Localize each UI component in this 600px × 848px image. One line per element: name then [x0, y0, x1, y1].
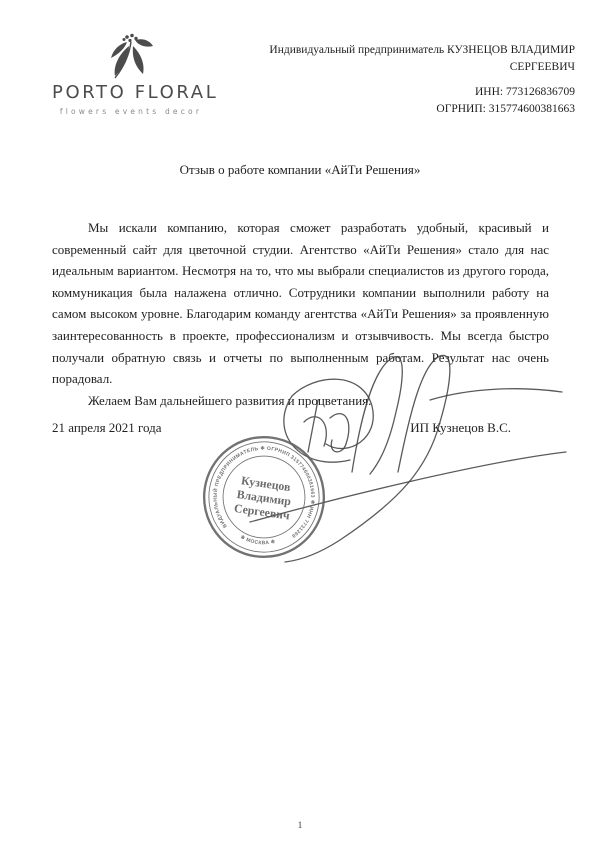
logo-branch-icon	[107, 32, 155, 80]
inn-number: ИНН: 773126836709	[230, 84, 575, 101]
signature-row: 21 апреля 2021 года ИП Кузнецов В.С.	[52, 420, 549, 436]
stamp-ring-bottom-text: ✻ МОСКВА ✻	[239, 534, 277, 548]
document-page: PORTO FLORAL flowers events decor Индиви…	[0, 0, 600, 848]
header-org-details: Индивидуальный предприниматель КУЗНЕЦОВ …	[230, 42, 575, 118]
document-title: Отзыв о работе компании «АйТи Решения»	[0, 162, 600, 178]
signer-name: ИП Кузнецов В.С.	[410, 420, 549, 436]
ogrnip-number: ОГРНИП: 315774600381663	[230, 101, 575, 118]
logo-tagline: flowers events decor	[52, 107, 210, 116]
document-body: Мы искали компанию, которая сможет разра…	[52, 217, 549, 411]
round-stamp: ИНДИВИДУАЛЬНЫЙ ПРЕДПРИНИМАТЕЛЬ ✻ ОГРНИП …	[193, 426, 335, 568]
logo: PORTO FLORAL flowers events decor	[52, 32, 210, 116]
page-number: 1	[0, 820, 600, 830]
entrepreneur-name: Индивидуальный предприниматель КУЗНЕЦОВ …	[230, 42, 575, 77]
document-date: 21 апреля 2021 года	[52, 420, 162, 436]
body-paragraph-1: Мы искали компанию, которая сможет разра…	[52, 217, 549, 390]
body-paragraph-2: Желаем Вам дальнейшего развития и процве…	[52, 390, 549, 412]
logo-name: PORTO FLORAL	[52, 82, 210, 103]
